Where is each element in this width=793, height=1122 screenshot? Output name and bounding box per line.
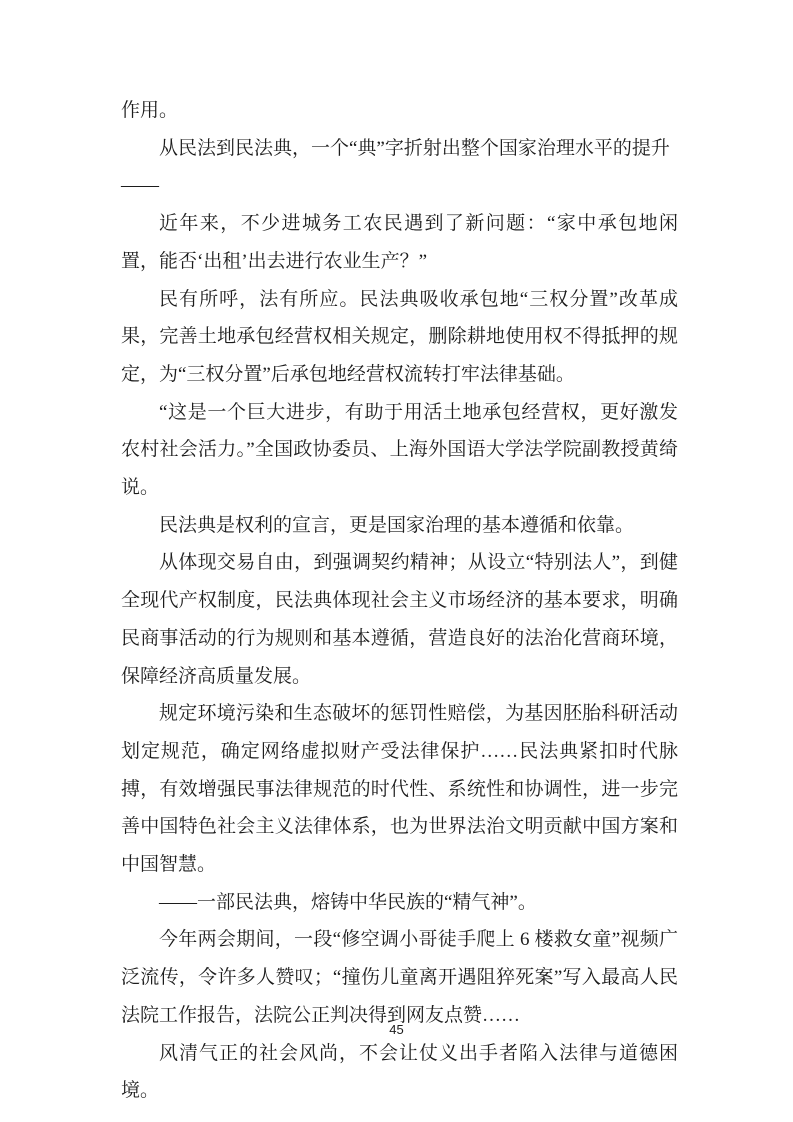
paragraph: ——一部民法典，熔铸中华民族的“精气神”。 — [121, 884, 678, 922]
paragraph: 风清气正的社会风尚，不会让仗义出手者陷入法律与道德困境。 — [121, 1035, 678, 1110]
paragraph: 从民法到民法典，一个“典”字折射出整个国家治理水平的提升 —— — [121, 130, 678, 205]
paragraph: 民法典是权利的宣言，更是国家治理的基本遵循和依靠。 — [121, 507, 678, 545]
article-body: 作用。 从民法到民法典，一个“典”字折射出整个国家治理水平的提升 —— 近年来，… — [121, 92, 678, 1110]
paragraph: 民有所呼，法有所应。民法典吸收承包地“三权分置”改革成果，完善土地承包经营权相关… — [121, 281, 678, 394]
paragraph: 作用。 — [121, 92, 678, 130]
paragraph: 规定环境污染和生态破坏的惩罚性赔偿，为基因胚胎科研活动划定规范，确定网络虚拟财产… — [121, 695, 678, 884]
document-page: 作用。 从民法到民法典，一个“典”字折射出整个国家治理水平的提升 —— 近年来，… — [0, 0, 793, 1122]
paragraph: “这是一个巨大进步，有助于用活土地承包经营权，更好激发农村社会活力。”全国政协委… — [121, 394, 678, 507]
paragraph: 今年两会期间，一段“修空调小哥徒手爬上 6 楼救女童”视频广泛流传，令许多人赞叹… — [121, 921, 678, 1034]
paragraph: 近年来，不少进城务工农民遇到了新问题：“家中承包地闲置，能否‘出租’出去进行农业… — [121, 205, 678, 280]
paragraph: 从体现交易自由，到强调契约精神；从设立“特别法人”，到健全现代产权制度，民法典体… — [121, 544, 678, 695]
page-number: 45 — [0, 1022, 793, 1037]
